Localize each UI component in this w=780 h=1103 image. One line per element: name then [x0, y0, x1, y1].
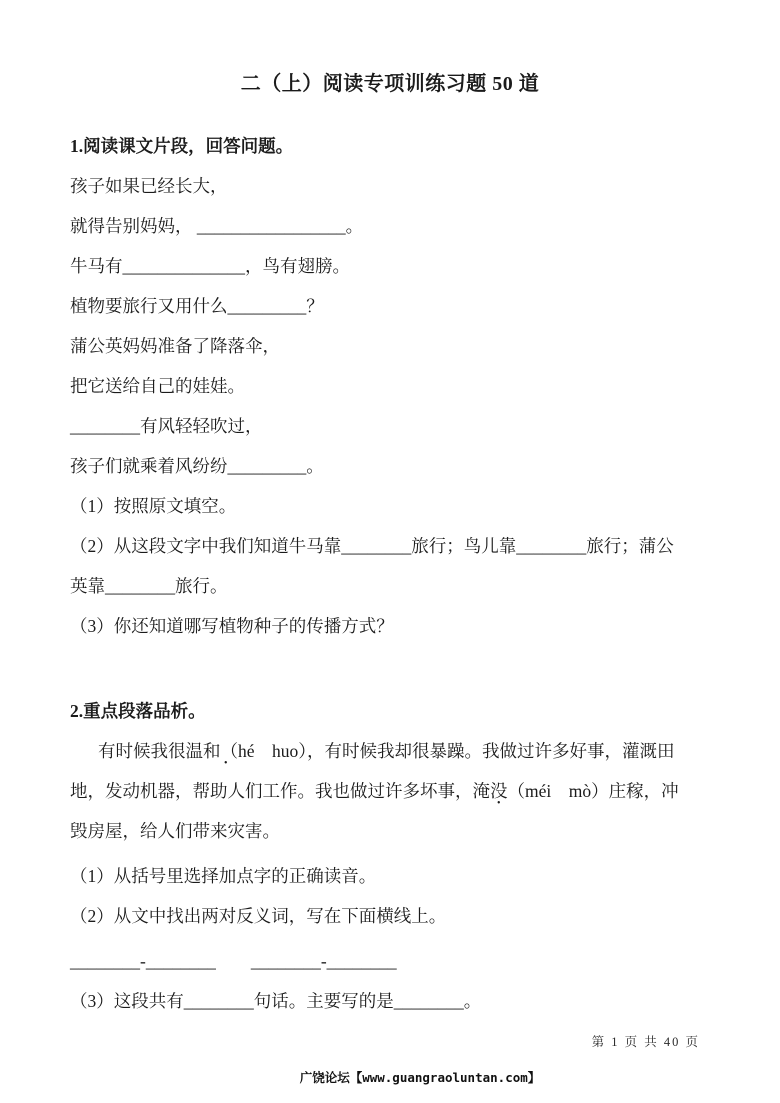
- passage-text: 地，发动机器，帮助人们工作。我也做过许多坏事，淹: [70, 781, 490, 801]
- section-1-heading: 1.阅读课文片段，回答问题。: [70, 126, 710, 166]
- dotted-character: 和: [203, 741, 221, 761]
- poem-line: 孩子们就乘着风纷纷_________。: [70, 446, 710, 486]
- page-content: 二（上）阅读专项训练习题 50 道 1.阅读课文片段，回答问题。 孩子如果已经长…: [0, 0, 780, 1021]
- section-2-heading: 2.重点段落品析。: [70, 691, 710, 731]
- passage-text: 有时候我很温: [98, 741, 203, 761]
- poem-line: 就得告别妈妈， _________________。: [70, 206, 710, 246]
- poem-line: 把它送给自己的娃娃。: [70, 366, 710, 406]
- question-item: （1）按照原文填空。: [70, 486, 710, 526]
- page-number: 第 1 页 共 40 页: [592, 1032, 700, 1050]
- question-item: （2）从这段文字中我们知道牛马靠________旅行；鸟儿靠________旅行…: [70, 526, 710, 566]
- worksheet-page: 二（上）阅读专项训练习题 50 道 1.阅读课文片段，回答问题。 孩子如果已经长…: [0, 0, 780, 1103]
- page-title: 二（上）阅读专项训练习题 50 道: [70, 70, 710, 98]
- passage-text: （méi mò）庄稼，冲: [508, 781, 679, 801]
- passage-text: （hé huo），有时候我却很暴躁。我做过许多好事，灌溉田: [221, 741, 675, 761]
- site-footer: 广饶论坛【www.guangraoluntan.com】: [30, 1068, 780, 1086]
- poem-line: ________有风轻轻吹过，: [70, 406, 710, 446]
- section-reading-1: 1.阅读课文片段，回答问题。 孩子如果已经长大， 就得告别妈妈， _______…: [70, 126, 710, 646]
- poem-line: 植物要旅行又用什么_________？: [70, 286, 710, 326]
- poem-line: 蒲公英妈妈准备了降落伞，: [70, 326, 710, 366]
- poem-line: 孩子如果已经长大，: [70, 166, 710, 206]
- passage-line: 毁房屋，给人们带来灾害。: [70, 811, 710, 851]
- question-item: （3）这段共有________句话。主要写的是________。: [70, 981, 710, 1021]
- dotted-character: 没: [490, 781, 508, 801]
- poem-line: 牛马有______________，鸟有翅膀。: [70, 246, 710, 286]
- passage-line: 有时候我很温和（hé huo），有时候我却很暴躁。我做过许多好事，灌溉田: [70, 731, 710, 771]
- question-item-continued: 英靠________旅行。: [70, 566, 710, 606]
- section-reading-2: 2.重点段落品析。 有时候我很温和（hé huo），有时候我却很暴躁。我做过许多…: [70, 691, 710, 1021]
- question-item: （3）你还知道哪写植物种子的传播方式？: [70, 606, 710, 646]
- question-item: （1）从括号里选择加点字的正确读音。: [70, 856, 710, 896]
- passage-line: 地，发动机器，帮助人们工作。我也做过许多坏事，淹没（méi mò）庄稼，冲: [70, 771, 710, 811]
- question-item: （2）从文中找出两对反义词，写在下面横线上。: [70, 896, 710, 936]
- antonym-blanks-line: ________-________ ________-________: [70, 941, 710, 981]
